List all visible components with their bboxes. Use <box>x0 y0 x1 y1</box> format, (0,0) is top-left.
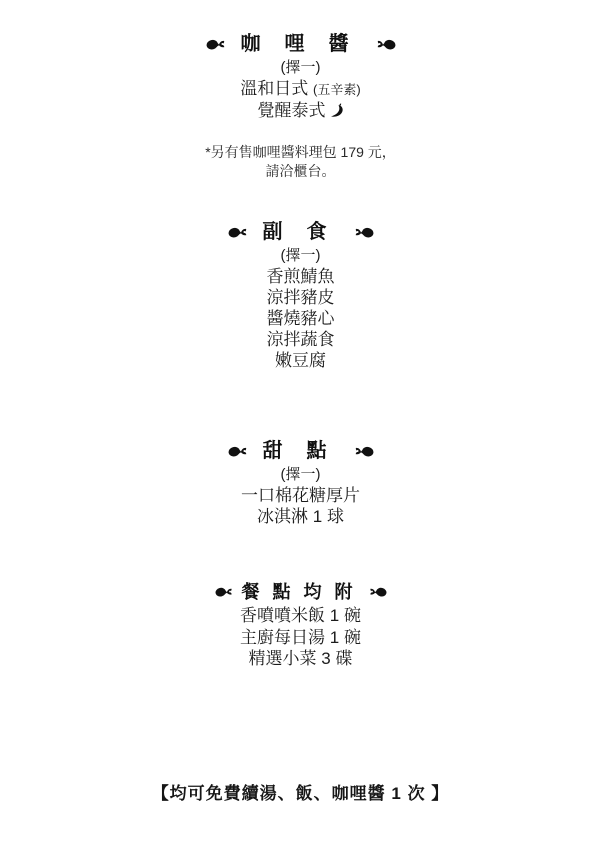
menu-item: 香煎鯖魚 <box>0 266 601 287</box>
section-title-text: 副食 <box>251 219 351 245</box>
section-curry-sauce: 咖哩醬 (擇一) 溫和日式 (五辛素) 覺醒泰式 *另有售咖哩醬料理包 179 … <box>0 31 601 181</box>
fleuron-left-icon <box>228 444 251 459</box>
section-included: 餐點均附 香噴噴米飯 1 碗 主廚每日湯 1 碗 精選小菜 3 碟 <box>0 579 601 670</box>
section-title-text: 餐點均附 <box>236 579 366 605</box>
menu-item: 香噴噴米飯 1 碗 <box>0 605 601 627</box>
refill-note: 【均可免費續湯、飯、咖哩醬 1 次 】 <box>0 783 601 805</box>
menu-item: 主廚每日湯 1 碗 <box>0 627 601 649</box>
curry-footnote: *另有售咖哩醬料理包 179 元， 請洽櫃台。 <box>0 143 601 181</box>
chili-icon <box>329 103 344 118</box>
item-name: 覺醒泰式 <box>258 101 326 120</box>
fleuron-right-icon <box>366 585 387 599</box>
menu-item: 精選小菜 3 碟 <box>0 648 601 670</box>
section-title-sides: 副食 <box>0 219 601 245</box>
menu-item: 嫩豆腐 <box>0 350 601 371</box>
choose-one-label: (擇一) <box>0 245 601 266</box>
menu-item: 涼拌豬皮 <box>0 287 601 308</box>
section-title-text: 甜點 <box>251 438 351 464</box>
section-title-text: 咖哩醬 <box>229 31 373 57</box>
menu-item: 涼拌蔬食 <box>0 329 601 350</box>
menu-item: 醬燒豬心 <box>0 308 601 329</box>
menu-item: 一口棉花糖厚片 <box>0 485 601 506</box>
fleuron-left-icon <box>228 225 251 240</box>
section-side-dishes: 副食 (擇一) 香煎鯖魚 涼拌豬皮 醬燒豬心 涼拌蔬食 嫩豆腐 <box>0 219 601 371</box>
footnote-line: 請洽櫃台。 <box>0 162 601 181</box>
footnote-line: *另有售咖哩醬料理包 179 元， <box>0 143 601 162</box>
fleuron-left-icon <box>215 585 236 599</box>
choose-one-label: (擇一) <box>0 57 601 78</box>
fleuron-left-icon <box>206 37 229 52</box>
fleuron-right-icon <box>351 225 374 240</box>
menu-item-curry-thai: 覺醒泰式 <box>0 100 601 121</box>
section-title-dessert: 甜點 <box>0 438 601 464</box>
choose-one-label: (擇一) <box>0 464 601 485</box>
section-title-included: 餐點均附 <box>0 579 601 605</box>
item-name: 溫和日式 <box>240 79 308 98</box>
fleuron-right-icon <box>373 37 396 52</box>
menu-item-curry-japanese: 溫和日式 (五辛素) <box>0 78 601 100</box>
item-note: (五辛素) <box>313 82 361 97</box>
menu-item: 冰淇淋 1 球 <box>0 506 601 527</box>
menu-page: 咖哩醬 (擇一) 溫和日式 (五辛素) 覺醒泰式 *另有售咖哩醬料理包 179 … <box>0 0 601 805</box>
section-title-curry: 咖哩醬 <box>0 31 601 57</box>
fleuron-right-icon <box>351 444 374 459</box>
section-dessert: 甜點 (擇一) 一口棉花糖厚片 冰淇淋 1 球 <box>0 438 601 527</box>
